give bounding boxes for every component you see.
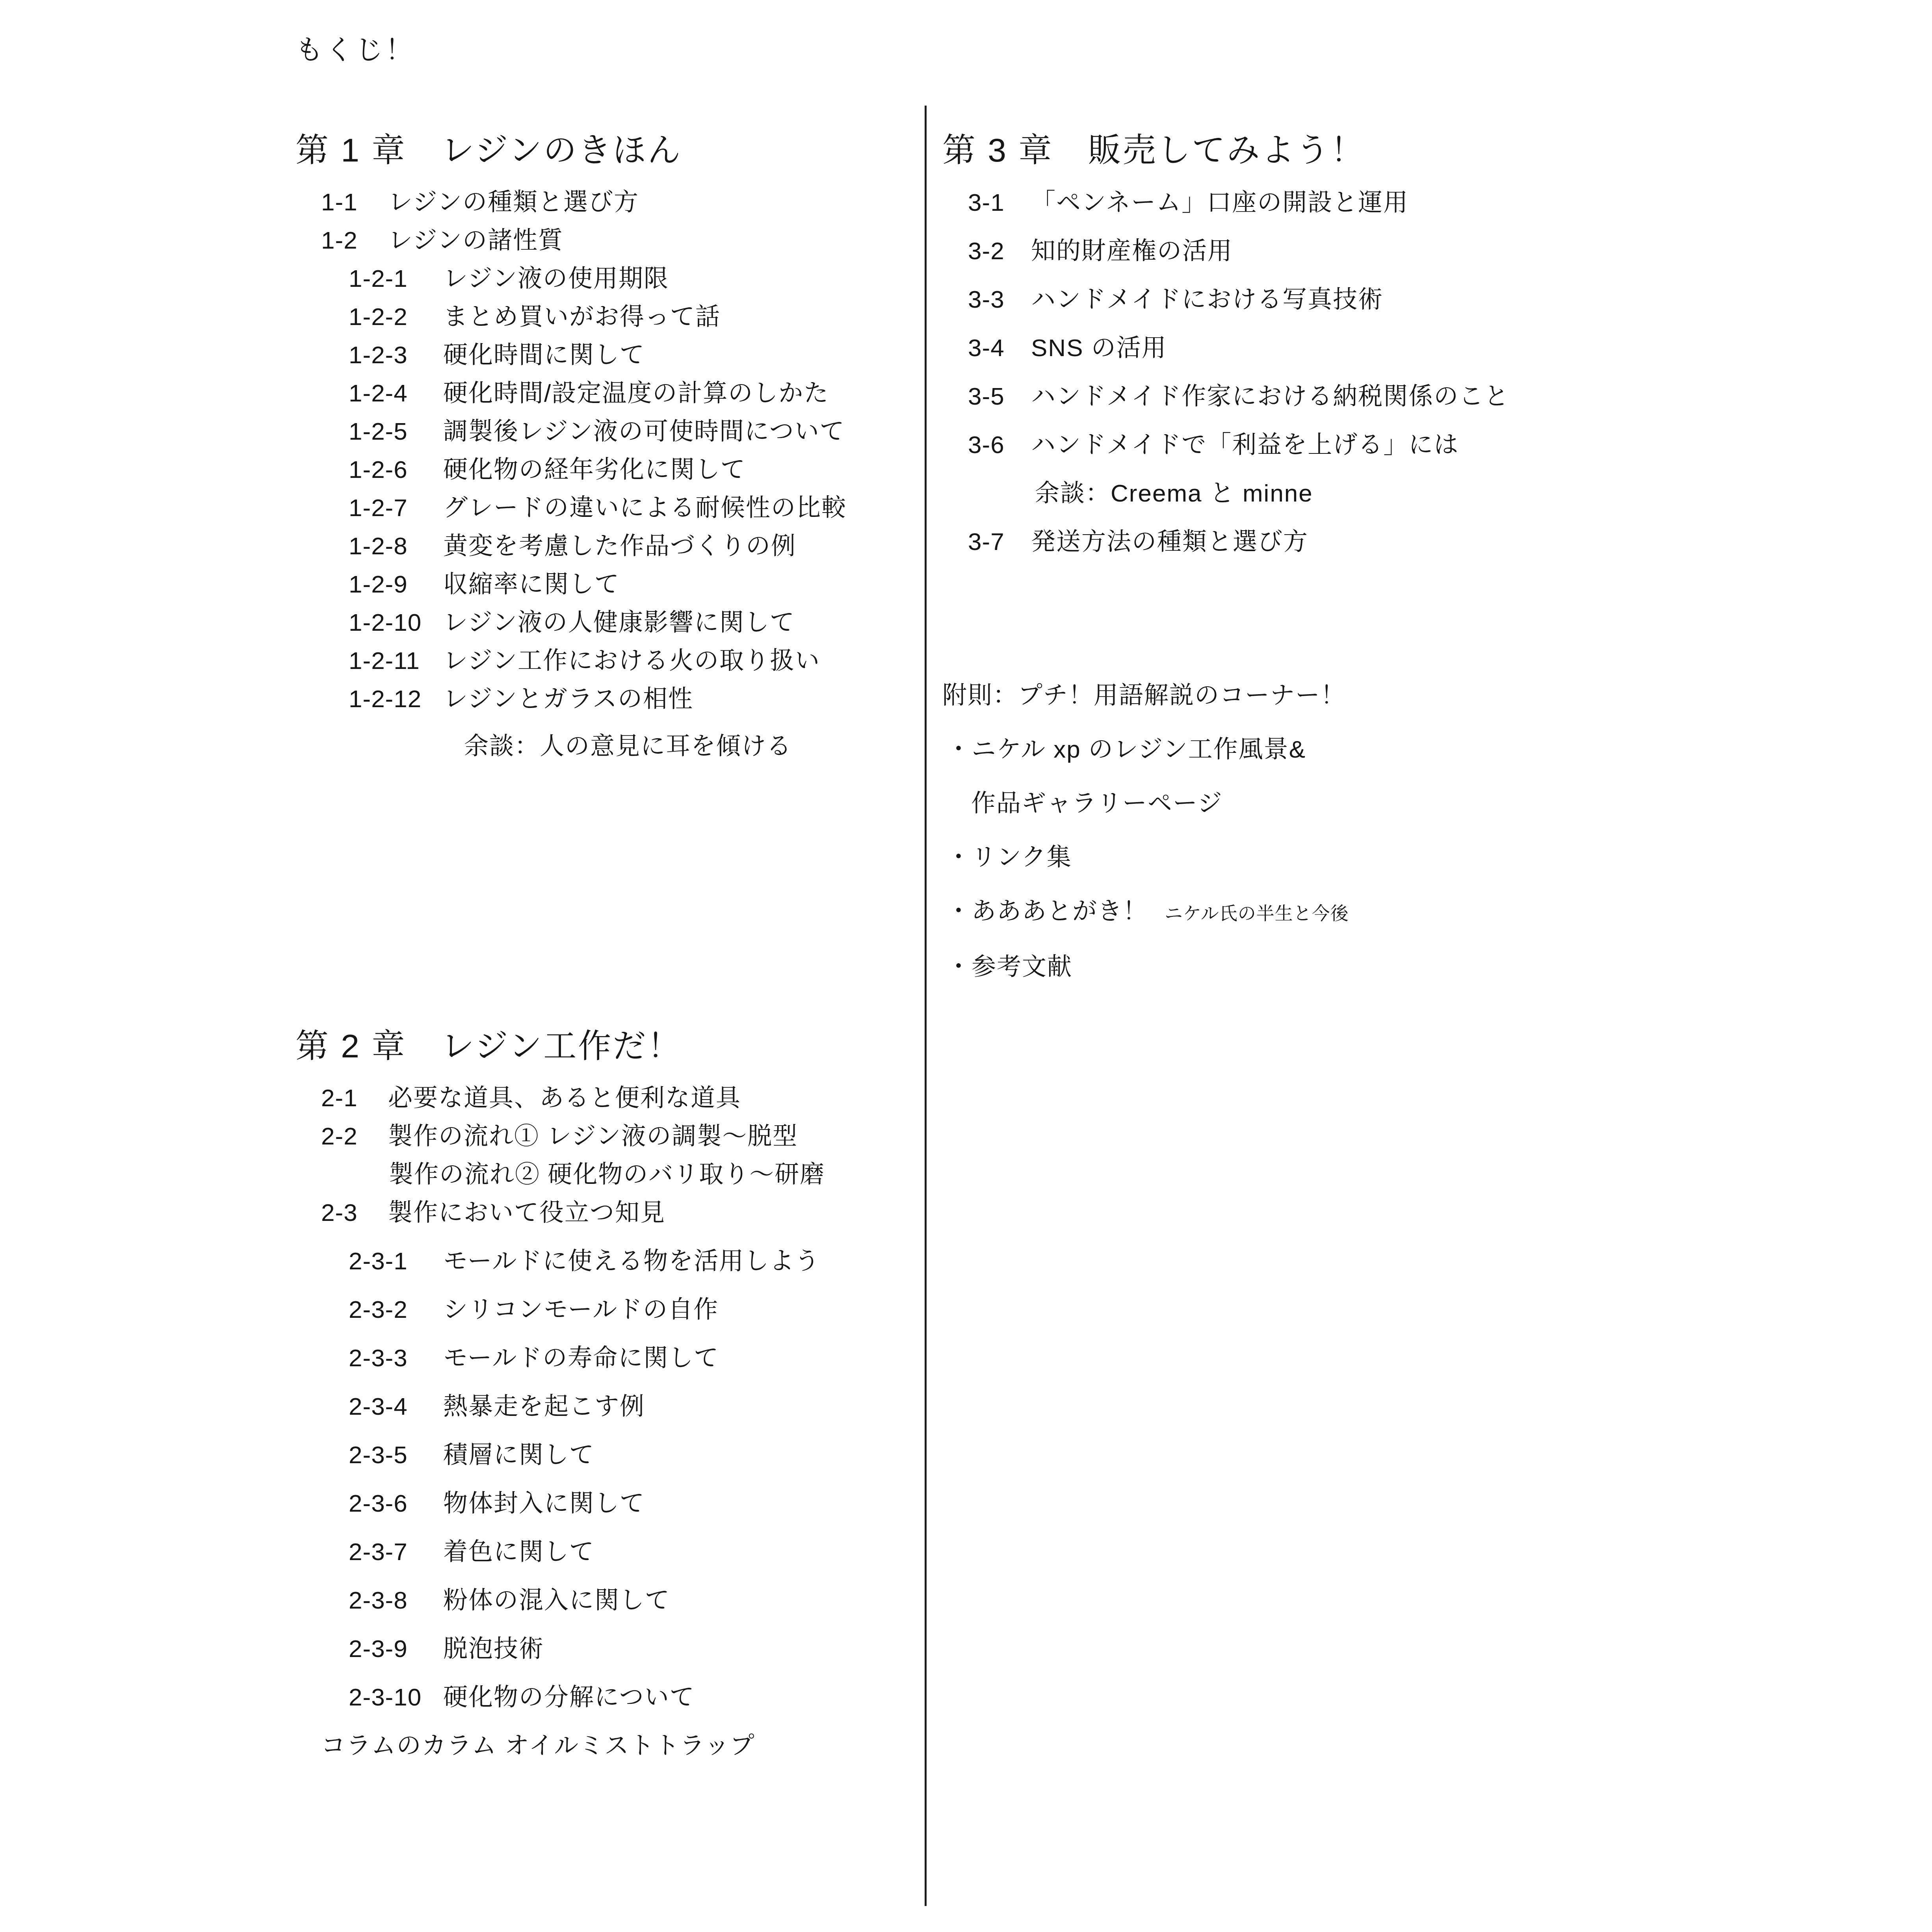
entry-number: 1-2-9 [349, 572, 443, 597]
entry-title: まとめ買いがお得って話 [443, 303, 721, 331]
toc-entry-2-2: 2-2製作の流れ① レジン液の調製〜脱型 [295, 1124, 914, 1149]
appendix-section: 附則：プチ！用語解説のコーナー！・ニケル xp のレジン工作風景&作品ギャラリー… [942, 684, 1888, 979]
entry-number: 2-3-3 [349, 1346, 443, 1371]
entry-number: 1-2-5 [349, 420, 443, 444]
entry-number: 3-4 [968, 336, 1031, 360]
appendix-item-text: あああとがき！ [972, 898, 1148, 925]
entry-number: 2-3 [321, 1201, 388, 1225]
entry-number: 1-2-1 [349, 267, 443, 291]
entry-number: 3-3 [968, 288, 1031, 312]
chapter-2-heading: 第 2 章 レジン工作だ！ [295, 1029, 914, 1063]
entry-number: 1-2-10 [349, 611, 443, 635]
entry-number: 3-2 [968, 239, 1031, 264]
entry-number: 1-2 [321, 228, 388, 253]
toc-entry-1-2-9: 1-2-9収縮率に関して [295, 572, 914, 597]
bullet-icon: ・ [946, 738, 972, 762]
entry-number: 1-2-8 [349, 534, 443, 559]
entry-title: レジン液の使用期限 [443, 265, 669, 292]
entry-title: ハンドメイド作家における納税関係のこと [1031, 383, 1509, 410]
entry-title: グレードの違いによる耐候性の比較 [443, 494, 847, 522]
chapter-3-item-list: 3-1「ペンネーム」口座の開設と運用3-2知的財産権の活用3-3ハンドメイドにお… [942, 191, 1888, 554]
toc-entry-1-2-12: 1-2-12レジンとガラスの相性 [295, 687, 914, 711]
entry-title: 硬化物の経年劣化に関して [443, 456, 746, 483]
toc-entry: 製作の流れ② 硬化物のバリ取り〜研磨 [295, 1163, 914, 1187]
right-column: 第 3 章 販売してみよう！3-1「ペンネーム」口座の開設と運用3-2知的財産権… [942, 0, 1888, 979]
entry-number: 2-3-10 [349, 1685, 443, 1710]
chapter-3: 第 3 章 販売してみよう！3-1「ペンネーム」口座の開設と運用3-2知的財産権… [942, 134, 1888, 554]
toc-entry-1-2-10: 1-2-10レジン液の人健康影響に関して [295, 611, 914, 635]
entry-number: 1-2-4 [349, 381, 443, 406]
entry-number: 1-2-12 [349, 687, 443, 711]
entry-number: 2-3-9 [349, 1637, 443, 1661]
toc-entry-1-2-7: 1-2-7グレードの違いによる耐候性の比較 [295, 496, 914, 520]
entry-number: 1-2-3 [349, 343, 443, 368]
appendix-item: ・あああとがき！ニケル氏の半生と今後 [942, 899, 1888, 925]
chapter-2-item-list: 2-1必要な道具、あると便利な道具2-2製作の流れ① レジン液の調製〜脱型製作の… [295, 1086, 914, 1758]
entry-title: 調製後レジン液の可使時間について [443, 418, 845, 445]
entry-number: 3-1 [968, 191, 1031, 215]
toc-entry-1-2-5: 1-2-5調製後レジン液の可使時間について [295, 420, 914, 444]
bullet-icon: ・ [946, 899, 972, 924]
entry-title: レジンの種類と選び方 [388, 189, 639, 216]
toc-entry-2-3-7: 2-3-7着色に関して [295, 1540, 914, 1564]
toc-entry-2-3-8: 2-3-8粉体の混入に関して [295, 1588, 914, 1613]
toc-entry-3-1: 3-1「ペンネーム」口座の開設と運用 [942, 191, 1888, 215]
appendix-item-text: 参考文献 [972, 953, 1072, 981]
entry-title: コラムのカラム オイルミストトラップ [321, 1732, 755, 1759]
toc-entry-3-5: 3-5ハンドメイド作家における納税関係のこと [942, 385, 1888, 409]
toc-entry-1-2-3: 1-2-3硬化時間に関して [295, 343, 914, 368]
entry-number: 2-3-7 [349, 1540, 443, 1564]
entry-title: 硬化物の分解について [443, 1684, 695, 1711]
appendix-item-text: リンク集 [972, 844, 1072, 871]
appendix-item-text: 作品ギャラリーページ [971, 790, 1223, 817]
toc-entry-3-4: 3-4SNS の活用 [942, 336, 1888, 360]
toc-entry-1-2-1: 1-2-1レジン液の使用期限 [295, 267, 914, 291]
entry-title: 硬化時間/設定温度の計算のしかた [443, 380, 829, 407]
entry-title: 製作の流れ① レジン液の調製〜脱型 [388, 1123, 798, 1150]
toc-entry: 余談：人の意見に耳を傾ける [295, 734, 914, 759]
chapter-1-heading: 第 1 章 レジンのきほん [295, 134, 914, 167]
entry-title: レジンの諸性質 [388, 227, 563, 254]
entry-title: レジン液の人健康影響に関して [443, 609, 795, 636]
entry-number: 1-2-7 [349, 496, 443, 520]
chapter-2: 第 2 章 レジン工作だ！2-1必要な道具、あると便利な道具2-2製作の流れ① … [295, 1029, 914, 1758]
toc-entry-1-2-2: 1-2-2まとめ買いがお得って話 [295, 305, 914, 329]
entry-title: 必要な道具、あると便利な道具 [388, 1085, 741, 1112]
entry-number: 2-3-2 [349, 1298, 443, 1322]
entry-number: 3-6 [968, 433, 1031, 457]
toc-entry-2-3: 2-3製作において役立つ知見 [295, 1201, 914, 1225]
entry-title: 知的財産権の活用 [1031, 238, 1233, 265]
entry-title: 熱暴走を起こす例 [443, 1393, 645, 1420]
toc-entry-2-3-9: 2-3-9脱泡技術 [295, 1637, 914, 1661]
entry-title: 硬化時間に関して [443, 342, 645, 369]
entry-number: 2-3-5 [349, 1443, 443, 1468]
entry-title: 「ペンネーム」口座の開設と運用 [1031, 189, 1408, 216]
chapter-1: 第 1 章 レジンのきほん1-1レジンの種類と選び方1-2レジンの諸性質1-2-… [295, 134, 914, 759]
entry-title: 製作の流れ② 硬化物のバリ取り〜研磨 [389, 1161, 825, 1188]
entry-number: 2-3-4 [349, 1395, 443, 1419]
appendix-item-text: ニケル xp のレジン工作風景& [972, 736, 1306, 763]
toc-entry-1-2-11: 1-2-11レジン工作における火の取り扱い [295, 649, 914, 673]
column-divider-line [925, 106, 927, 1906]
toc-entry: 余談：Creema と minne [942, 481, 1888, 506]
entry-title: 積層に関して [443, 1442, 594, 1469]
appendix-item: ・ニケル xp のレジン工作風景& [942, 738, 1888, 762]
appendix-item-continuation: 作品ギャラリーページ [942, 791, 1888, 816]
entry-title: SNS の活用 [1031, 334, 1167, 362]
entry-number: 3-7 [968, 530, 1031, 554]
toc-entry-3-2: 3-2知的財産権の活用 [942, 239, 1888, 264]
entry-number: 1-1 [321, 190, 388, 215]
entry-title: シリコンモールドの自作 [443, 1296, 719, 1323]
entry-number: 1-2-2 [349, 305, 443, 329]
toc-entry-2-3-5: 2-3-5積層に関して [295, 1443, 914, 1468]
entry-number: 1-2-11 [349, 649, 443, 673]
entry-title: レジン工作における火の取り扱い [443, 647, 820, 674]
entry-title: 脱泡技術 [443, 1635, 544, 1663]
toc-entry-2-3-4: 2-3-4熱暴走を起こす例 [295, 1395, 914, 1419]
toc-entry-3-7: 3-7発送方法の種類と選び方 [942, 530, 1888, 554]
toc-entry-2-1: 2-1必要な道具、あると便利な道具 [295, 1086, 914, 1111]
toc-entry: コラムのカラム オイルミストトラップ [295, 1734, 914, 1758]
entry-title: ハンドメイドにおける写真技術 [1031, 286, 1383, 313]
entry-title: 物体封入に関して [443, 1490, 645, 1517]
toc-entry-1-2: 1-2レジンの諸性質 [295, 228, 914, 253]
entry-number: 3-5 [968, 385, 1031, 409]
toc-entry-3-6: 3-6ハンドメイドで「利益を上げる」には [942, 433, 1888, 457]
left-column: 第 1 章 レジンのきほん1-1レジンの種類と選び方1-2レジンの諸性質1-2-… [295, 0, 914, 1758]
toc-entry-2-3-10: 2-3-10硬化物の分解について [295, 1685, 914, 1710]
appendix-heading: 附則：プチ！用語解説のコーナー！ [942, 684, 1888, 708]
entry-title: モールドに使える物を活用しよう [443, 1248, 820, 1275]
toc-entry-2-3-3: 2-3-3モールドの寿命に関して [295, 1346, 914, 1371]
entry-title: 黄変を考慮した作品づくりの例 [443, 533, 796, 560]
entry-number: 2-1 [321, 1086, 388, 1111]
entry-title: レジンとガラスの相性 [443, 685, 693, 713]
appendix-item: ・リンク集 [942, 845, 1888, 870]
toc-entry-3-3: 3-3ハンドメイドにおける写真技術 [942, 288, 1888, 312]
toc-page: もくじ！ 第 1 章 レジンのきほん1-1レジンの種類と選び方1-2レジンの諸性… [0, 0, 1932, 1932]
toc-entry-2-3-6: 2-3-6物体封入に関して [295, 1492, 914, 1516]
entry-number: 2-3-1 [349, 1249, 443, 1274]
appendix-item-subtext: ニケル氏の半生と今後 [1165, 903, 1349, 923]
bullet-icon: ・ [946, 955, 972, 979]
entry-title: 製作において役立つ知見 [388, 1199, 665, 1226]
entry-title: 余談：人の意見に耳を傾ける [464, 733, 792, 760]
toc-entry-1-1: 1-1レジンの種類と選び方 [295, 190, 914, 215]
entry-title: 着色に関して [443, 1538, 594, 1566]
chapter-3-heading: 第 3 章 販売してみよう！ [942, 134, 1888, 167]
toc-entry-1-2-8: 1-2-8黄変を考慮した作品づくりの例 [295, 534, 914, 559]
toc-entry-2-3-2: 2-3-2シリコンモールドの自作 [295, 1298, 914, 1322]
entry-number: 2-2 [321, 1124, 388, 1149]
bullet-icon: ・ [946, 845, 972, 870]
toc-entry-1-2-6: 1-2-6硬化物の経年劣化に関して [295, 458, 914, 482]
entry-title: モールドの寿命に関して [443, 1345, 719, 1372]
chapter-1-item-list: 1-1レジンの種類と選び方1-2レジンの諸性質1-2-1レジン液の使用期限1-2… [295, 190, 914, 759]
entry-title: 粉体の混入に関して [443, 1587, 670, 1614]
entry-number: 1-2-6 [349, 458, 443, 482]
appendix-item: ・参考文献 [942, 955, 1888, 979]
toc-entry-2-3-1: 2-3-1モールドに使える物を活用しよう [295, 1249, 914, 1274]
entry-title: ハンドメイドで「利益を上げる」には [1031, 431, 1459, 459]
entry-title: 発送方法の種類と選び方 [1031, 528, 1308, 555]
entry-title: 収縮率に関して [443, 571, 620, 598]
entry-number: 2-3-6 [349, 1492, 443, 1516]
toc-entry-1-2-4: 1-2-4硬化時間/設定温度の計算のしかた [295, 381, 914, 406]
entry-number: 2-3-8 [349, 1588, 443, 1613]
entry-title: 余談：Creema と minne [1035, 480, 1313, 507]
